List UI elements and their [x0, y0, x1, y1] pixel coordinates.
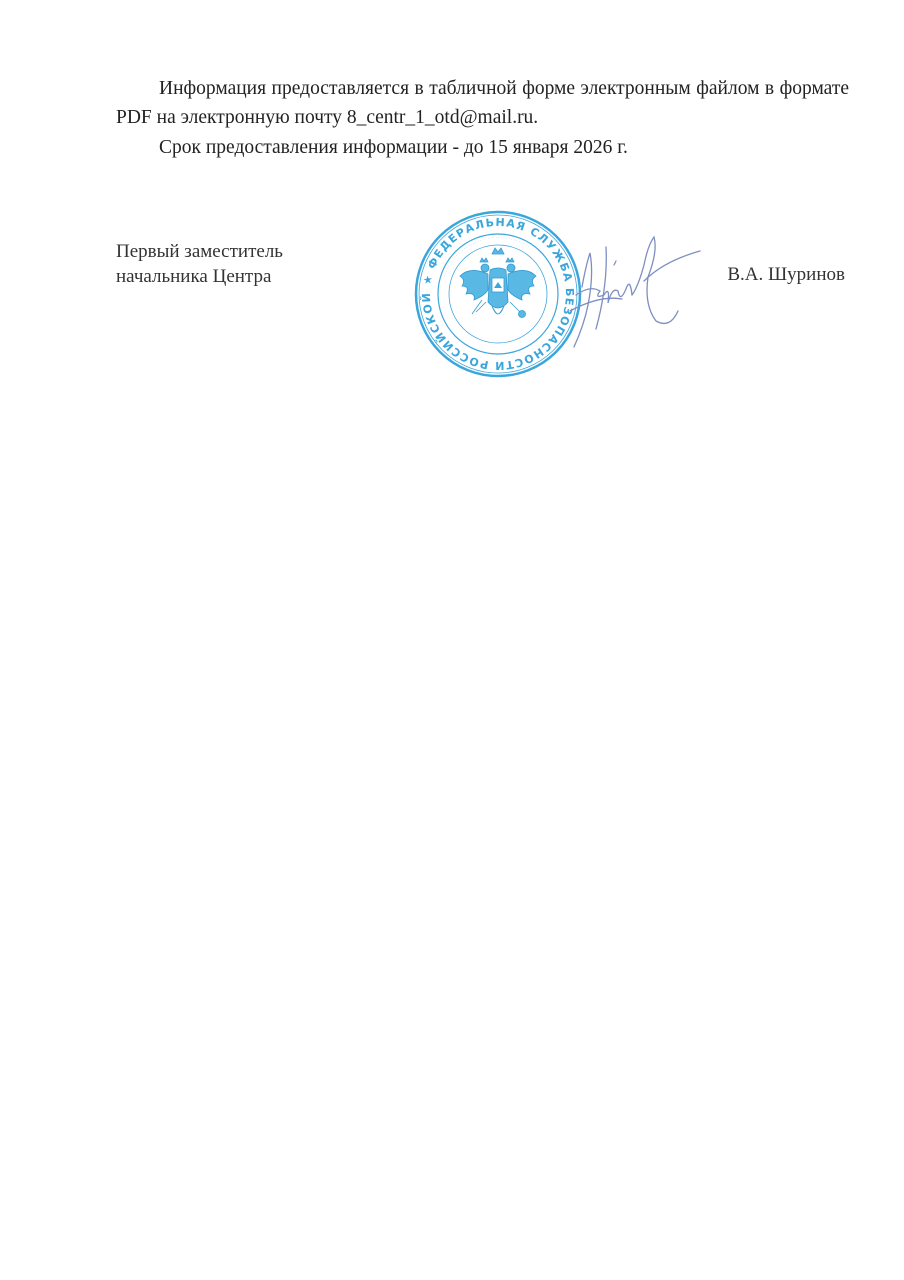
double-headed-eagle-icon	[460, 248, 536, 318]
signer-position-line2: начальника Центра	[116, 264, 283, 289]
signer-name: В.А. Шуринов	[727, 264, 845, 286]
official-seal-icon: ★ ФЕДЕРАЛЬНАЯ СЛУЖБА БЕЗОПАСНОСТИ РОССИЙ…	[414, 210, 582, 378]
paragraph-deadline: Срок предоставления информации - до 15 я…	[116, 133, 849, 162]
signer-position: Первый заместитель начальника Центра	[116, 239, 283, 289]
handwritten-signature-icon	[560, 225, 710, 355]
paragraph-delivery-format: Информация предоставляется в табличной ф…	[116, 74, 849, 132]
signer-position-line1: Первый заместитель	[116, 239, 283, 264]
